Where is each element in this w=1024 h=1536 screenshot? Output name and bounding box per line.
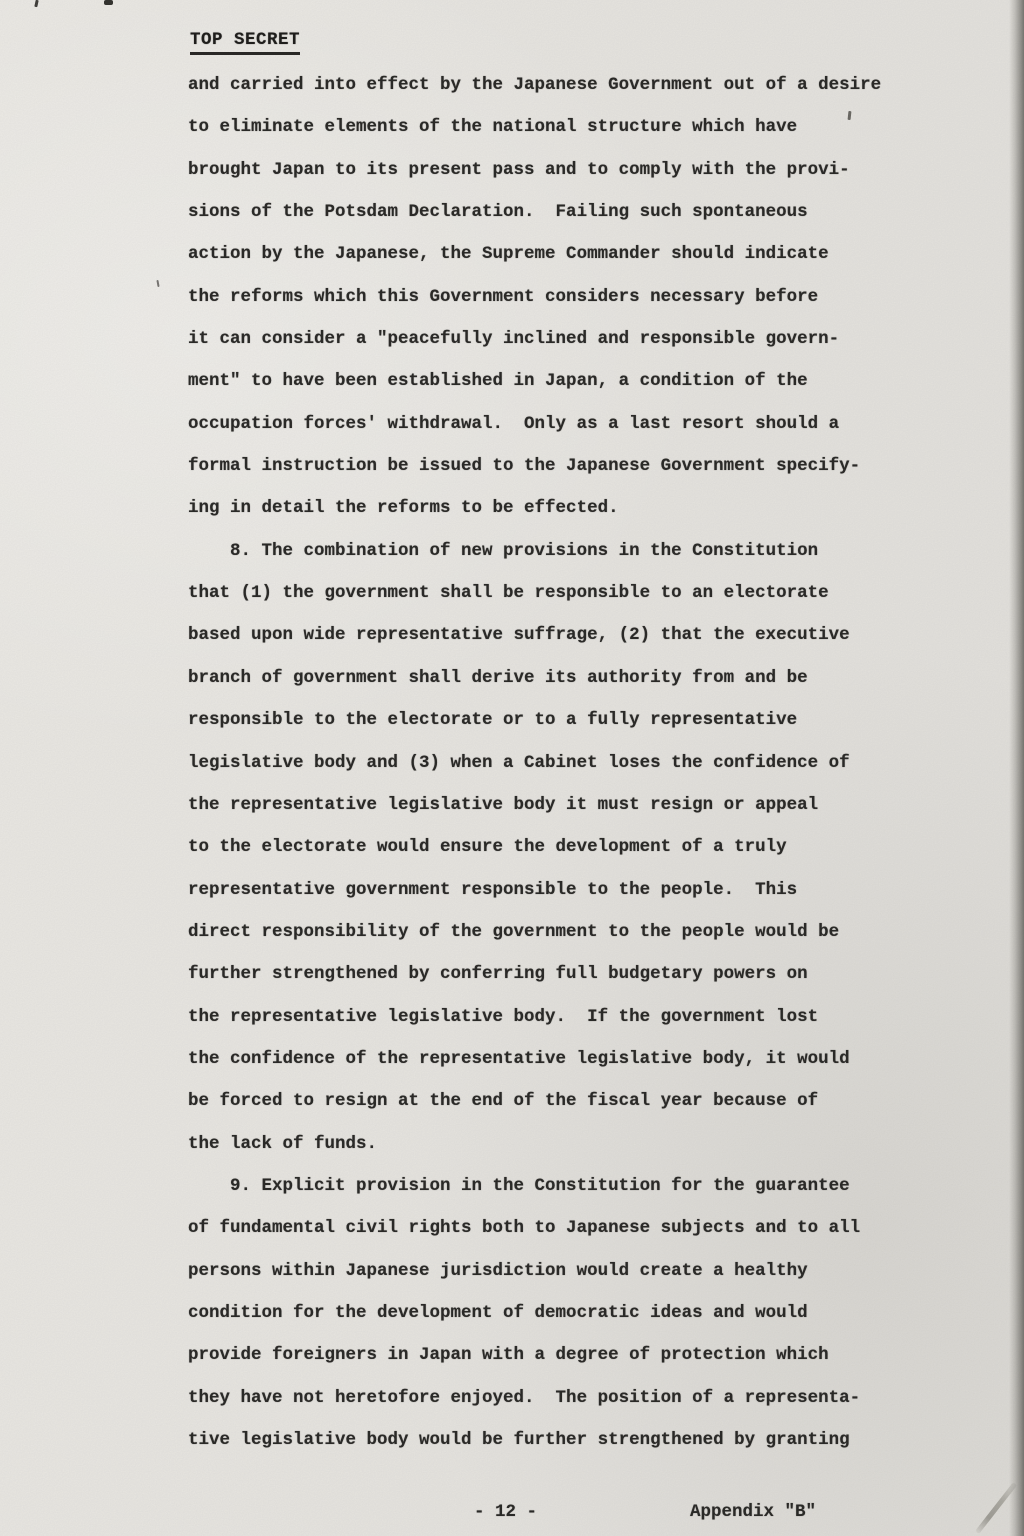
page-edge-shadow: [1009, 0, 1024, 1536]
document-body: and carried into effect by the Japanese …: [188, 64, 908, 1461]
text-line: ment" to have been established in Japan,…: [188, 360, 908, 402]
text-line: representative government responsible to…: [188, 869, 908, 911]
classification-stamp: TOP SECRET: [190, 30, 300, 55]
text-line: the representative legislative body. If …: [188, 996, 908, 1038]
text-line: 9. Explicit provision in the Constitutio…: [188, 1165, 908, 1207]
ink-speck: [156, 280, 159, 287]
text-line: of fundamental civil rights both to Japa…: [188, 1207, 908, 1249]
text-line: formal instruction be issued to the Japa…: [188, 445, 908, 487]
text-line: the confidence of the representative leg…: [188, 1038, 908, 1080]
text-line: the lack of funds.: [188, 1123, 908, 1165]
text-line: action by the Japanese, the Supreme Comm…: [188, 233, 908, 275]
text-line: 8. The combination of new provisions in …: [188, 530, 908, 572]
text-line: that (1) the government shall be respons…: [188, 572, 908, 614]
text-line: brought Japan to its present pass and to…: [188, 149, 908, 191]
text-line: the representative legislative body it m…: [188, 784, 908, 826]
text-line: condition for the development of democra…: [188, 1292, 908, 1334]
text-line: persons within Japanese jurisdiction wou…: [188, 1250, 908, 1292]
text-line: responsible to the electorate or to a fu…: [188, 699, 908, 741]
page-number: - 12 -: [474, 1502, 537, 1522]
appendix-label: Appendix "B": [690, 1502, 816, 1522]
text-line: they have not heretofore enjoyed. The po…: [188, 1377, 908, 1419]
text-line: branch of government shall derive its au…: [188, 657, 908, 699]
text-line: legislative body and (3) when a Cabinet …: [188, 742, 908, 784]
text-line: further strengthened by conferring full …: [188, 953, 908, 995]
document-page: TOP SECRET and carried into effect by th…: [0, 0, 1024, 1536]
text-line: ing in detail the reforms to be effected…: [188, 487, 908, 529]
text-line: sions of the Potsdam Declaration. Failin…: [188, 191, 908, 233]
text-line: tive legislative body would be further s…: [188, 1419, 908, 1461]
text-line: direct responsibility of the government …: [188, 911, 908, 953]
text-line: provide foreigners in Japan with a degre…: [188, 1334, 908, 1376]
text-line: based upon wide representative suffrage,…: [188, 614, 908, 656]
text-line: to the electorate would ensure the devel…: [188, 826, 908, 868]
text-line: and carried into effect by the Japanese …: [188, 64, 908, 106]
text-line: to eliminate elements of the national st…: [188, 106, 908, 148]
text-line: be forced to resign at the end of the fi…: [188, 1080, 908, 1122]
ink-speck: [34, 0, 38, 7]
ink-speck: [104, 0, 113, 5]
text-line: it can consider a "peacefully inclined a…: [188, 318, 908, 360]
text-line: the reforms which this Government consid…: [188, 276, 908, 318]
text-line: occupation forces' withdrawal. Only as a…: [188, 403, 908, 445]
